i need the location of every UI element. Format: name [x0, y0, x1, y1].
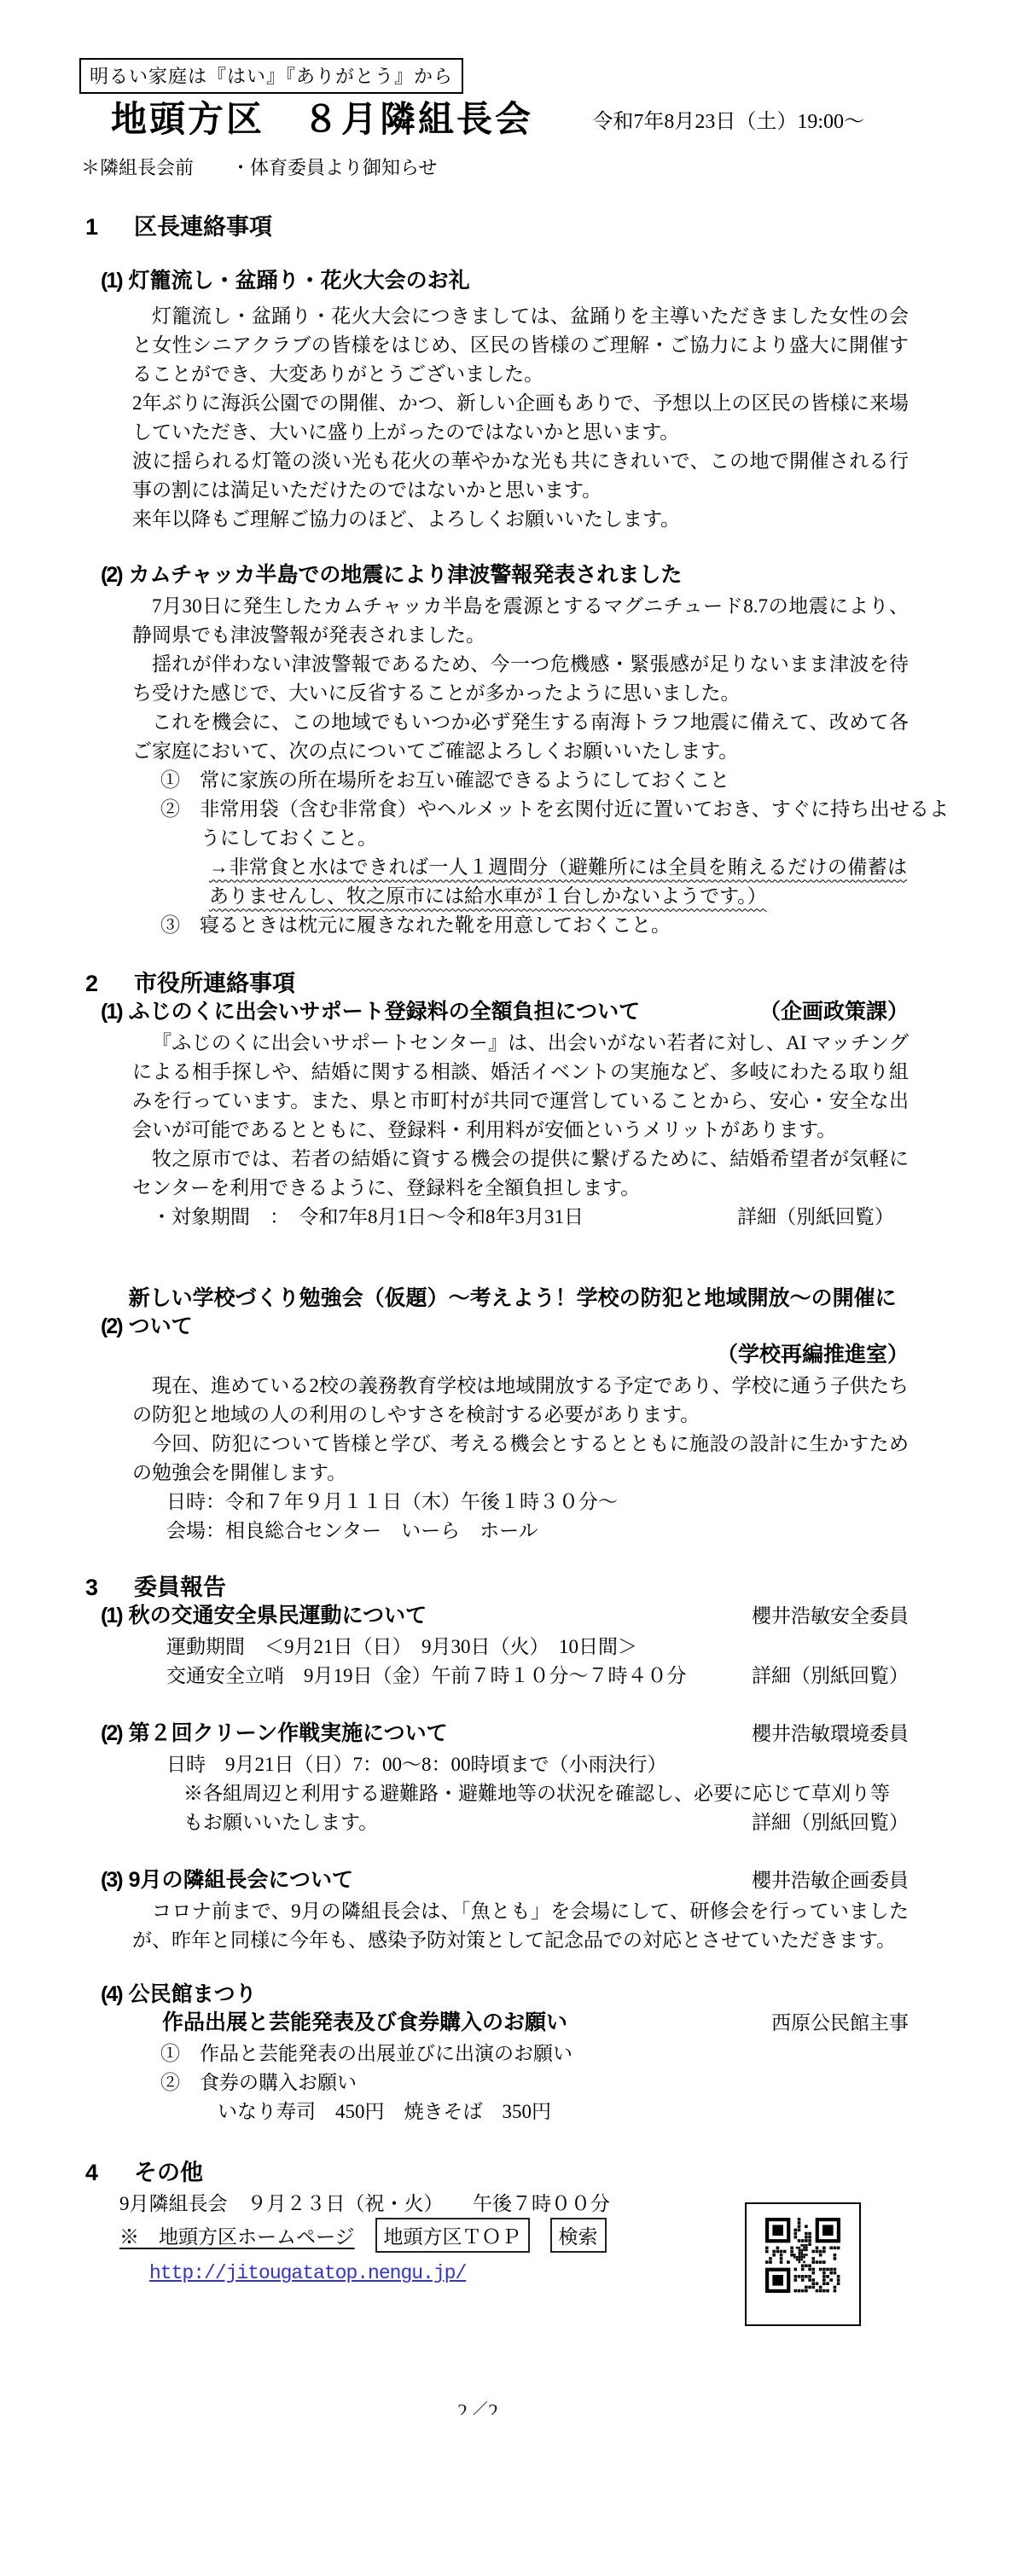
item-2-2-heading: (2) 新しい学校づくり勉強会（仮題）～考えよう！学校の防犯と地域開放～の開催に… — [101, 1285, 909, 1341]
paragraph: 今回、防犯について皆様と学び、考える機会とするとともに施設の設計に生かすための勉… — [132, 1430, 909, 1488]
list-item: ③ 寝るときは枕元に履きなれた靴を用意しておくこと。 — [160, 911, 949, 940]
traffic-watch-line: 交通安全立哨 9月19日（金）午前７時１０分～７時４０分 詳細（別紙回覧） — [166, 1662, 909, 1691]
event-venue-line: 会場：相良総合センター いーら ホール — [166, 1517, 909, 1546]
item-label: (1) — [101, 1602, 122, 1630]
section-title: その他 — [134, 2160, 203, 2185]
paragraph: これを機会に、この地域でもいつか必ず発生する南海トラフ地震に備えて、改めて各ご家… — [132, 708, 909, 766]
item-title: 新しい学校づくり勉強会（仮題）～考えよう！学校の防犯と地域開放～の開催について — [129, 1285, 909, 1341]
item-3-2-heading: (2) 第２回クリーン作戦実施について 櫻井浩敏環境委員 — [101, 1720, 909, 1748]
page-title: 地頭方区 ８月隣組長会 — [111, 99, 533, 140]
item-title: カムチャッカ半島での地震により津波警報発表されました — [129, 561, 909, 589]
section-title: 市役所連絡事項 — [134, 971, 295, 996]
item-label: (2) — [101, 1313, 122, 1341]
qr-code — [765, 2218, 840, 2293]
department-name: （企画政策課） — [759, 998, 909, 1026]
item-3-4-subheading: 作品出展と芸能発表及び食券購入のお願い 西原公民館主事 — [162, 2009, 909, 2037]
committee-member-name: 櫻井浩敏環境委員 — [752, 1720, 909, 1748]
paragraph: 牧之原市では、若者の結婚に資する機会の提供に繋げるために、結婚希望者が気軽にセン… — [132, 1145, 909, 1203]
event-date-line: 日時：令和７年９月１１日（木）午後１時３０分～ — [166, 1488, 909, 1517]
section-number: 1 — [85, 212, 134, 241]
paragraph: コロナ前まで、9月の隣組長会は、「魚とも」を会場にして、研修会を行っていましたが… — [132, 1897, 909, 1955]
qr-code-frame — [745, 2202, 861, 2326]
committee-member-name: 櫻井浩敏企画委員 — [752, 1866, 909, 1894]
item-label: (2) — [101, 1720, 122, 1748]
item-title: ふじのくに出会いサポート登録料の全額負担について — [129, 998, 759, 1026]
item-2-1-heading: (1) ふじのくに出会いサポート登録料の全額負担について （企画政策課） — [101, 998, 909, 1026]
committee-member-name: 櫻井浩敏安全委員 — [752, 1602, 909, 1630]
search-button-box: 検索 — [550, 2218, 607, 2253]
committee-member-name: 西原公民館主事 — [771, 2009, 909, 2037]
traffic-watch: 交通安全立哨 9月19日（金）午前７時１０分～７時４０分 — [166, 1665, 687, 1686]
meeting-notice-document: 明るい家庭は『はい』『ありがとう』から 地頭方区 ８月隣組長会 令和7年8月23… — [0, 0, 1023, 2576]
paragraph: 2年ぶりに海浜公園での開催、かつ、新しい企画もありで、予想以上の区民の皆様に来場… — [132, 389, 909, 447]
item-3-4-heading: (4) 公民館まつり — [101, 1981, 909, 2009]
emergency-stock-note: →非常食と水はできれば一人１週間分（避難所には全員を賄えるだけの備蓄はありません… — [209, 853, 907, 911]
paragraph: 灯籠流し・盆踊り・花火大会につきましては、盆踊りを主導いただきました女性の会と女… — [132, 302, 909, 389]
item-title: 灯籠流し・盆踊り・花火大会のお礼 — [129, 267, 909, 295]
detail-reference: 詳細（別紙回覧） — [752, 1808, 909, 1837]
item-label: (2) — [101, 561, 122, 589]
department-name: （学校再編推進室） — [0, 1341, 909, 1369]
food-ticket-prices: いなり寿司 450円 焼きそば 350円 — [218, 2097, 1023, 2126]
list-item: ① 作品と芸能発表の出展並びに出演のお願い — [160, 2039, 949, 2068]
pre-meeting-note: ＊隣組長会前 ・体育委員より御知らせ — [81, 154, 1023, 180]
next-meeting-line: 9月隣組長会 ９月２３日（祝・火） 午後７時００分 — [119, 2190, 1023, 2219]
page-number: 2／2 — [392, 2399, 563, 2415]
item-1-1-heading: (1) 灯籠流し・盆踊り・花火大会のお礼 — [101, 267, 909, 295]
subtitle: 作品出展と芸能発表及び食券購入のお願い — [162, 2009, 771, 2037]
detail-reference: 詳細（別紙回覧） — [737, 1203, 894, 1232]
item-label: (4) — [101, 1981, 122, 2009]
clean-op-date-line: 日時 9月21日（日）7：00～8：00時頃まで（小雨決行） — [166, 1750, 909, 1779]
section-title: 委員報告 — [134, 1575, 226, 1600]
section-2-heading: 2市役所連絡事項 — [85, 969, 1023, 998]
item-3-1-heading: (1) 秋の交通安全県民運動について 櫻井浩敏安全委員 — [101, 1602, 909, 1630]
search-term-box: 地頭方区ＴＯＰ — [375, 2218, 530, 2253]
list-item: ② 非常用袋（含む非常食）やヘルメットを玄関付近に置いておき、すぐに持ち出せるよ… — [160, 795, 949, 853]
section-4-heading: 4その他 — [85, 2158, 1023, 2187]
paragraph: 波に揺られる灯篭の淡い光も花火の華やかな光も共にきれいで、この地で開催される行事… — [132, 447, 909, 505]
section-1-heading: 1区長連絡事項 — [85, 212, 1023, 241]
item-label: (3) — [101, 1866, 122, 1894]
title-row: 地頭方区 ８月隣組長会 令和7年8月23日（土）19:00～ — [111, 99, 864, 140]
clean-op-note-line: ※各組周辺と利用する避難路・避難地等の状況を確認し、必要に応じて草刈り等もお願い… — [183, 1779, 909, 1837]
section-number: 3 — [85, 1573, 134, 1602]
item-1-2-heading: (2) カムチャッカ半島での地震により津波警報発表されました — [101, 561, 909, 589]
item-3-3-heading: (3) 9月の隣組長会について 櫻井浩敏企画委員 — [101, 1866, 909, 1894]
homepage-label: ※ 地頭方区ホームページ — [119, 2221, 355, 2249]
item-label: (1) — [101, 267, 122, 295]
section-title: 区長連絡事項 — [134, 214, 272, 240]
paragraph: 現在、進めている2校の義務教育学校は地域開放する予定であり、学校に通う子供たちの… — [132, 1372, 909, 1430]
target-period-line: ・対象期間 ： 令和7年8月1日～令和8年3月31日 詳細（別紙回覧） — [152, 1203, 894, 1232]
item-label: (1) — [101, 998, 122, 1026]
paragraph: 揺れが伴わない津波警報であるため、今一つ危機感・緊張感が足りないまま津波を待ち受… — [132, 650, 909, 708]
item-title: 9月の隣組長会について — [129, 1866, 752, 1894]
detail-reference: 詳細（別紙回覧） — [752, 1662, 909, 1691]
paragraph: 来年以降もご理解ご協力のほど、よろしくお願いいたします。 — [132, 505, 909, 534]
paragraph: 7月30日に発生したカムチャッカ半島を震源とするマグニチュード8.7の地震により… — [132, 592, 909, 650]
list-item: ② 食券の購入お願い — [160, 2068, 949, 2097]
target-period: ・対象期間 ： 令和7年8月1日～令和8年3月31日 — [152, 1206, 584, 1227]
list-item: ① 常に家族の所在場所をお互い確認できるようにしておくこと — [160, 766, 949, 795]
meeting-datetime: 令和7年8月23日（土）19:00～ — [592, 104, 864, 140]
item-title: 第２回クリーン作戦実施について — [129, 1720, 752, 1748]
section-number: 4 — [85, 2158, 134, 2187]
campaign-period-line: 運動期間 ＜9月21日（日） 9月30日（火） 10日間＞ — [166, 1633, 909, 1662]
section-3-heading: 3委員報告 — [85, 1573, 1023, 1602]
homepage-link[interactable]: http://jitougatatop.nengu.jp/ — [149, 2262, 466, 2284]
homepage-row: ※ 地頭方区ホームページ 地頭方区ＴＯＰ 検索 — [119, 2218, 607, 2253]
item-title: 秋の交通安全県民運動について — [129, 1602, 752, 1630]
paragraph: 『ふじのくに出会いサポートセンター』は、出会いがない若者に対し、AI マッチング… — [132, 1029, 909, 1145]
item-title: 公民館まつり — [129, 1981, 909, 2009]
slogan-box: 明るい家庭は『はい』『ありがとう』から — [79, 58, 463, 94]
section-number: 2 — [85, 969, 134, 998]
